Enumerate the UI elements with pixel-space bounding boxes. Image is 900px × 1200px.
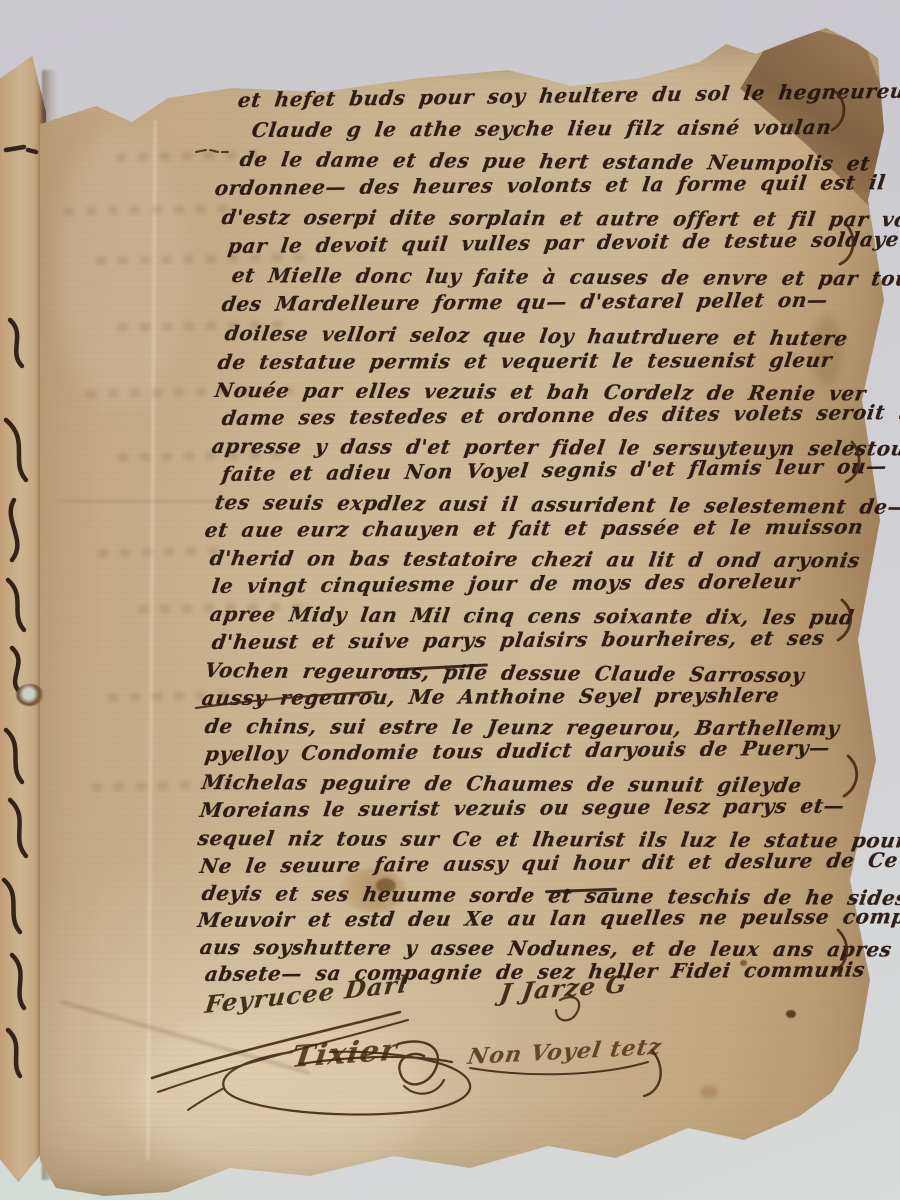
manuscript-line: d'heust et suive parys plaisirs bourheir… [210, 626, 826, 654]
verso-bleed-through [64, 205, 234, 216]
foxing-spot [700, 1086, 718, 1098]
foxing-spot [786, 1010, 796, 1018]
manuscript-line: Michelas peguire de Chaumes de sunuit gi… [200, 770, 803, 797]
paper-crease [146, 120, 156, 1160]
manuscript-line: Moreians le suerist vezuis ou segue lesz… [198, 794, 846, 822]
damp-stain [58, 130, 188, 410]
manuscript-line: Claude g le athe seyche lieu filz aisné … [250, 115, 833, 142]
paper-crease [58, 500, 228, 502]
manuscript-line: des Mardelleure forme qu— d'estarel pell… [220, 288, 829, 316]
underlying-folio-edge [0, 56, 46, 1182]
manuscript-line: Meuvoir et estd deu Xe au lan quelles ne… [196, 904, 900, 932]
verso-bleed-through [98, 547, 218, 557]
manuscript-line: aussy regeurou, Me Anthoine Seyel preysh… [200, 683, 781, 710]
manuscript-line: de testatue permis et vequerit le tesuen… [216, 348, 833, 374]
manuscript-line: et aue eurz chauyen et fait et passée et… [203, 515, 865, 542]
manuscript-line: et Mielle donc luy faite à causes de env… [230, 263, 900, 291]
manuscript-photo: et hefet buds pour soy heultere du sol l… [0, 0, 900, 1200]
wormhole [16, 684, 44, 706]
